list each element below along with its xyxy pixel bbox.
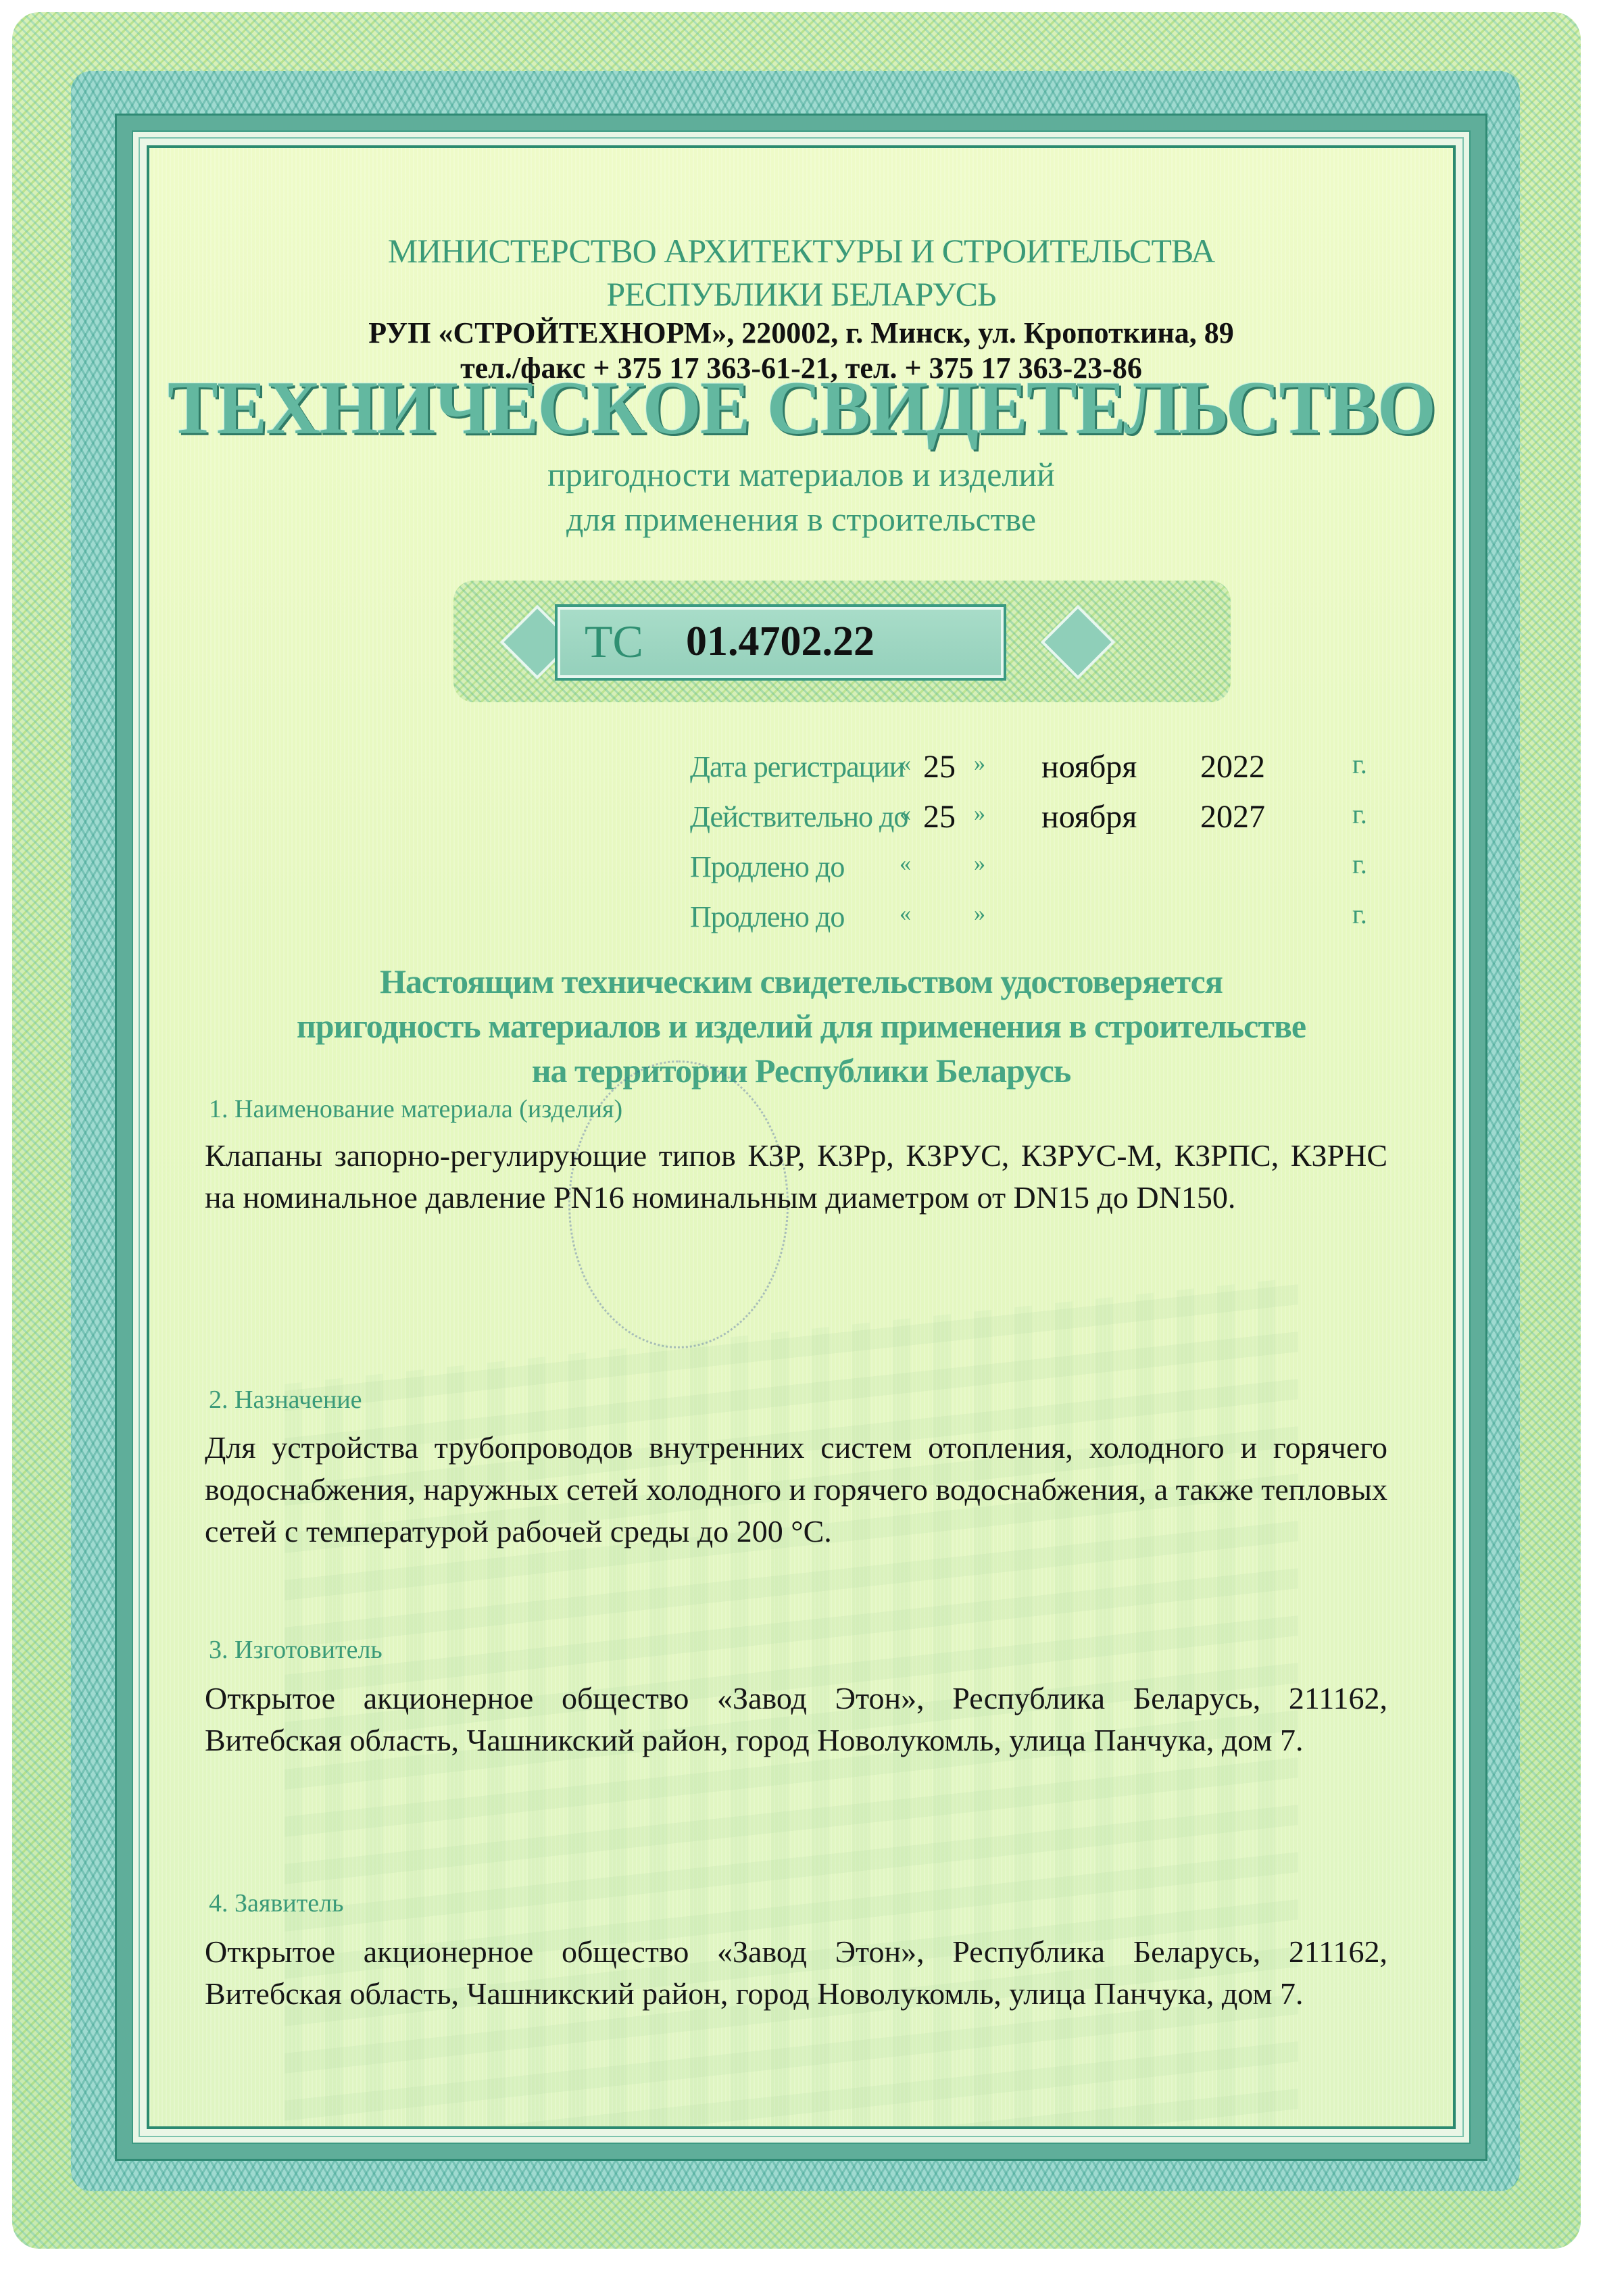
document-title: ТЕХНИЧЕСКОЕ СВИДЕТЕЛЬСТВО xyxy=(149,364,1453,452)
certificate-number: 01.4702.22 xyxy=(686,618,875,666)
certificate-page: МИНИСТЕРСТВО АРХИТЕКТУРЫ И СТРОИТЕЛЬСТВА… xyxy=(147,145,1456,2129)
section-1-text: Клапаны запорно-регулирующие типов КЗР, … xyxy=(205,1135,1387,1219)
certificate-prefix: ТС xyxy=(585,615,643,668)
certificate-frame: МИНИСТЕРСТВО АРХИТЕКТУРЫ И СТРОИТЕЛЬСТВА… xyxy=(115,114,1487,2161)
section-1-label: 1. Наименование материала (изделия) xyxy=(209,1094,622,1124)
certificate-number-plate: ТС 01.4702.22 xyxy=(453,581,1231,702)
section-2-label: 2. Назначение xyxy=(209,1385,362,1415)
ministry-header: МИНИСТЕРСТВО АРХИТЕКТУРЫ И СТРОИТЕЛЬСТВА… xyxy=(149,229,1453,316)
date-row-extended-1: Продлено до « » г. xyxy=(690,843,1433,893)
section-4-text: Открытое акционерное общество «Завод Это… xyxy=(205,1931,1387,2015)
section-4-label: 4. Заявитель xyxy=(209,1888,343,1918)
diamond-ornament-icon xyxy=(1041,605,1115,679)
section-3-text: Открытое акционерное общество «Завод Это… xyxy=(205,1678,1387,1761)
section-2-text: Для устройства трубопроводов внутренних … xyxy=(205,1427,1387,1553)
date-row-registration: Дата регистрации « 25 » ноября 2022 г. xyxy=(690,743,1433,793)
date-row-valid-until: Действительно до « 25 » ноября 2027 г. xyxy=(690,793,1433,843)
date-row-extended-2: Продлено до « » г. xyxy=(690,893,1433,943)
declaration-statement: Настоящим техническим свидетельством удо… xyxy=(149,959,1453,1093)
document-subtitle: пригодности материалов и изделий для при… xyxy=(149,452,1453,541)
dates-block: Дата регистрации « 25 » ноября 2022 г. Д… xyxy=(690,743,1433,943)
section-3-label: 3. Изготовитель xyxy=(209,1635,383,1665)
